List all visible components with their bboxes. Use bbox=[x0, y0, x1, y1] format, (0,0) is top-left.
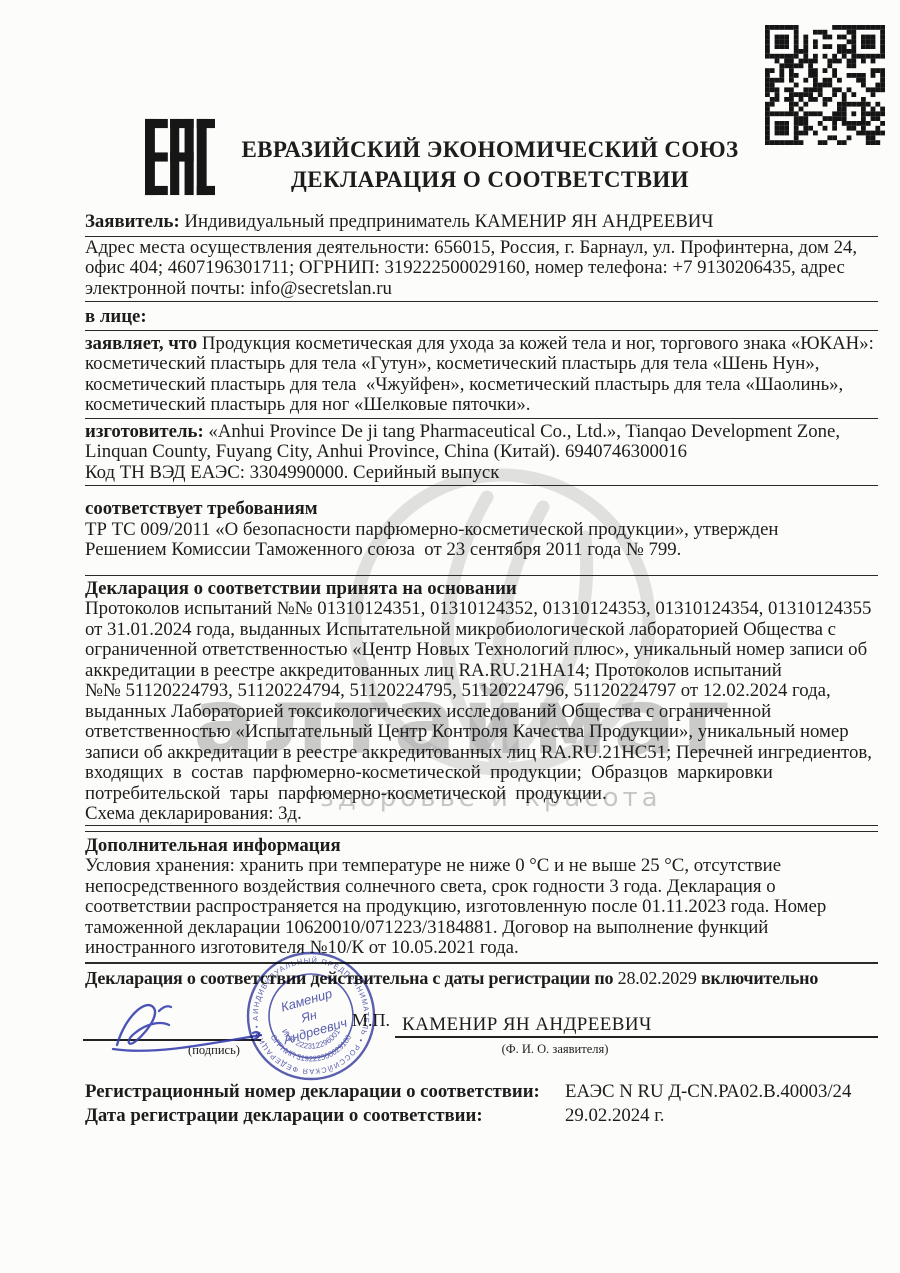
section-applicant: Заявитель: Индивидуальный предпринимател… bbox=[85, 212, 878, 237]
declaration-document-page: алтаймаг здоровье и красота ЕВРАЗИЙСКИЙ … bbox=[0, 0, 900, 1273]
doc-line: в лице: bbox=[85, 307, 878, 328]
doc-line: №№ 51120224793, 51120224794, 51120224795… bbox=[85, 681, 878, 702]
section-manufacturer: изготовитель: «Anhui Province De ji tang… bbox=[85, 419, 878, 487]
doc-line: ограниченной ответственностью «Центр Нов… bbox=[85, 640, 878, 661]
section-basis: Декларация о соответствии принята на осн… bbox=[85, 576, 878, 826]
doc-line: таможенной декларации 10620010/071223/31… bbox=[85, 918, 878, 939]
doc-line: непосредственного воздействия солнечного… bbox=[85, 877, 878, 898]
doc-line: Протоколов испытаний №№ 01310124351, 013… bbox=[85, 599, 878, 620]
registration-date-label: Дата регистрации декларации о соответств… bbox=[85, 1105, 565, 1127]
section-product-statement: заявляет, что Продукция косметическая дл… bbox=[85, 331, 878, 419]
doc-line: Декларация о соответствии действительна … bbox=[85, 968, 878, 989]
doc-line: аккредитации в реестре аккредитованных л… bbox=[85, 661, 878, 682]
doc-line: иностранного изготовителя №10/К от 10.05… bbox=[85, 938, 878, 959]
doc-line: соответствует требованиям bbox=[85, 499, 878, 520]
section-represented-by: в лице: bbox=[85, 302, 878, 331]
doc-line: электронной почты: info@secretslan.ru bbox=[85, 279, 878, 300]
doc-line: косметический пластырь для тела «Чжуйфен… bbox=[85, 375, 878, 396]
section-additional-info: Дополнительная информацияУсловия хранени… bbox=[85, 832, 878, 964]
doc-line: соответствии распространяется на продукц… bbox=[85, 897, 878, 918]
doc-line: косметический пластырь для тела «Гутун»,… bbox=[85, 354, 878, 375]
section-validity: Декларация о соответствии действительна … bbox=[85, 964, 878, 989]
registration-date-row: Дата регистрации декларации о соответств… bbox=[85, 1105, 878, 1127]
registration-number-row: Регистрационный номер декларации о соотв… bbox=[85, 1081, 878, 1103]
doc-line: входящих в состав парфюмерно-косметическ… bbox=[85, 763, 878, 784]
applicant-name-caption: (Ф. И. О. заявителя) bbox=[440, 1042, 670, 1057]
doc-line: изготовитель: «Anhui Province De ji tang… bbox=[85, 422, 878, 443]
registration-date-value: 29.02.2024 г. bbox=[565, 1105, 665, 1127]
doc-line: Заявитель: Индивидуальный предпринимател… bbox=[85, 212, 878, 233]
document-title: ЕВРАЗИЙСКИЙ ЭКОНОМИЧЕСКИЙ СОЮЗ ДЕКЛАРАЦИ… bbox=[80, 136, 900, 194]
doc-line: ТР ТС 009/2011 «О безопасности парфюмерн… bbox=[85, 520, 878, 541]
doc-line: Linquan County, Fuyang City, Anhui Provi… bbox=[85, 442, 878, 463]
section-requirements: соответствует требованиямТР ТС 009/2011 … bbox=[85, 486, 878, 576]
doc-line: Декларация о соответствии принята на осн… bbox=[85, 579, 878, 600]
section-applicant-address: Адрес места осуществления деятельности: … bbox=[85, 237, 878, 303]
doc-line: косметический пластырь для ног «Шелковые… bbox=[85, 395, 878, 416]
qr-code bbox=[765, 25, 885, 145]
doc-line: Адрес места осуществления деятельности: … bbox=[85, 238, 878, 259]
doc-line: Дополнительная информация bbox=[85, 836, 878, 857]
doc-line: ответственностью «Испытательный Центр Ко… bbox=[85, 722, 878, 743]
doc-line: Решением Комиссии Таможенного союза от 2… bbox=[85, 540, 878, 561]
title-declaration: ДЕКЛАРАЦИЯ О СООТВЕТСТВИИ bbox=[80, 166, 900, 194]
doc-line: выданных Лабораторией токсикологических … bbox=[85, 702, 878, 723]
doc-line: записи об аккредитации в реестре аккреди… bbox=[85, 743, 878, 764]
doc-line: Схема декларирования: 3д. bbox=[85, 804, 878, 825]
doc-line: Код ТН ВЭД ЕАЭС: 3304990000. Серийный вы… bbox=[85, 463, 878, 484]
document-body: Заявитель: Индивидуальный предпринимател… bbox=[85, 212, 878, 1129]
round-stamp: ИНДИВИДУАЛЬНЫЙ ПРЕДПРИНИМАТЕЛЬ • РОССИЙС… bbox=[241, 946, 381, 1086]
applicant-name: КАМЕНИР ЯН АНДРЕЕВИЧ bbox=[402, 1014, 652, 1036]
doc-line: Условия хранения: хранить при температур… bbox=[85, 856, 878, 877]
doc-line: офис 404; 4607196301711; ОГРНИП: 3192225… bbox=[85, 258, 878, 279]
doc-line: заявляет, что Продукция косметическая дл… bbox=[85, 334, 878, 355]
doc-line: от 31.01.2024 года, выданных Испытательн… bbox=[85, 620, 878, 641]
registration-number-value: ЕАЭС N RU Д-CN.РА02.В.40003/24 bbox=[565, 1081, 851, 1103]
doc-line: потребительской тары парфюмерно-косметич… bbox=[85, 784, 878, 805]
title-union: ЕВРАЗИЙСКИЙ ЭКОНОМИЧЕСКИЙ СОЮЗ bbox=[80, 136, 900, 164]
applicant-name-underline bbox=[395, 1036, 878, 1038]
